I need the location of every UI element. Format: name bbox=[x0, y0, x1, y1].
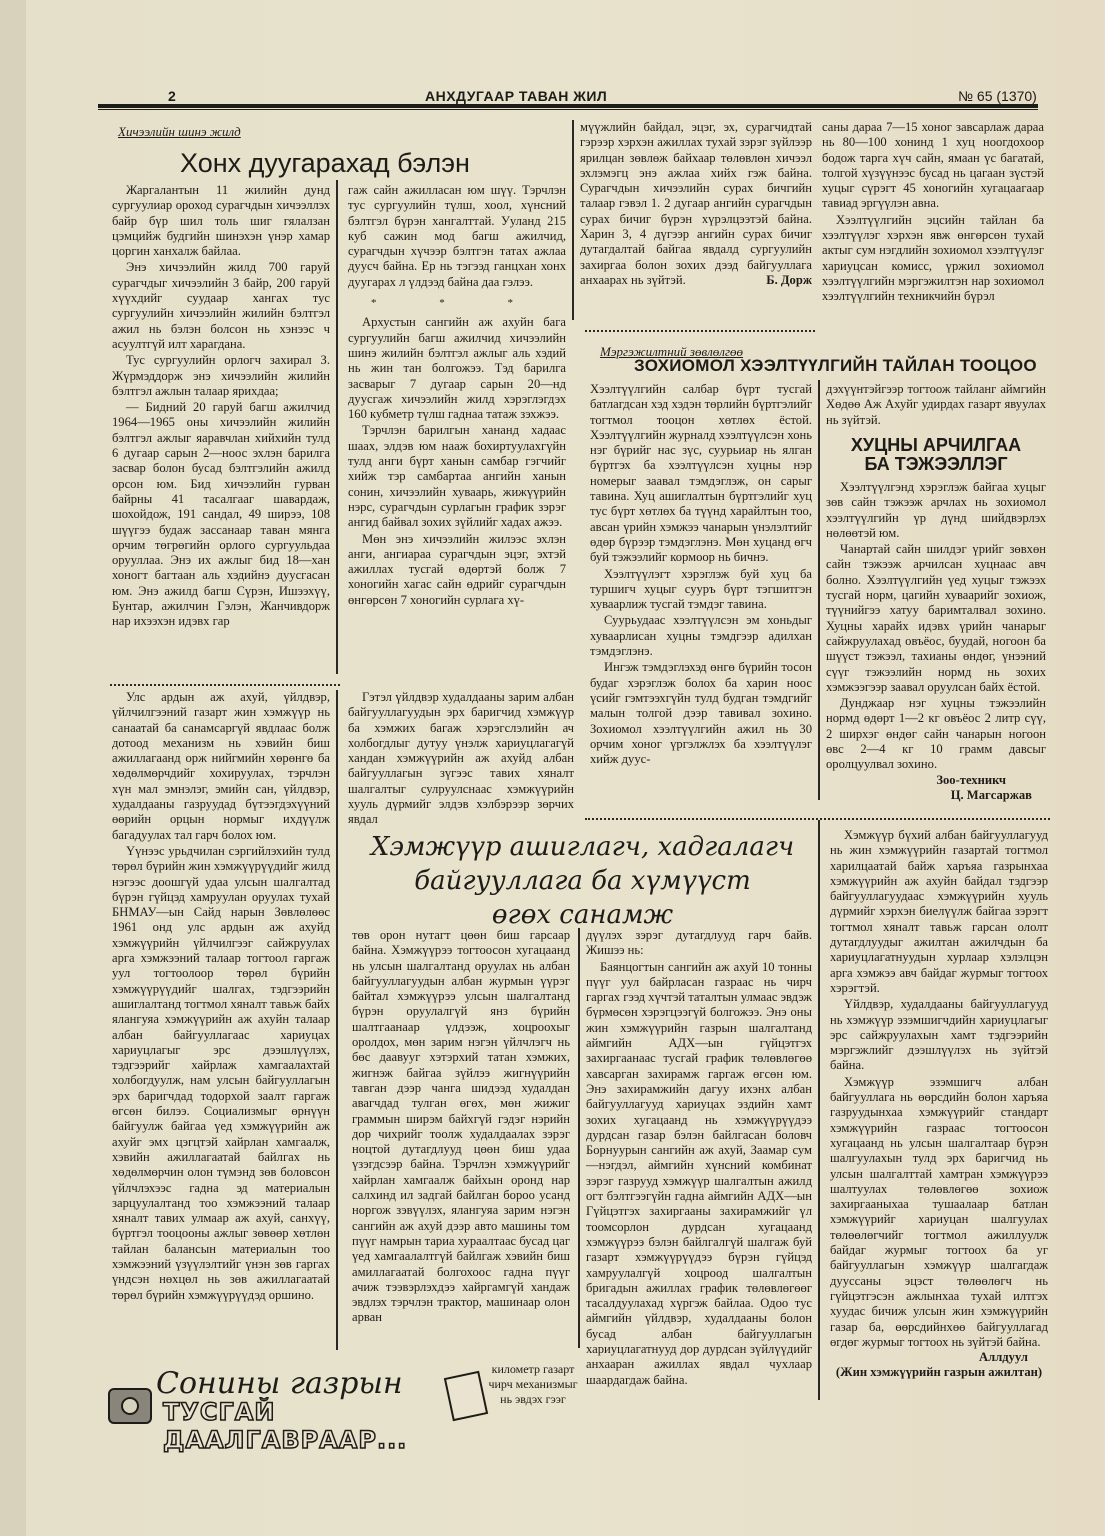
paragraph: дүүлэх зэрэг дутагдлууд гарч байв. Жишээ… bbox=[586, 928, 812, 959]
article2-title: ЗОХИОМОЛ ХЭЭЛТҮҮЛГИЙН ТАЙЛАН ТООЦОО bbox=[634, 356, 1037, 376]
column-rule bbox=[336, 180, 338, 674]
paragraph: Гэтэл үйлдвэр худалдааны зарим албан бай… bbox=[348, 690, 574, 828]
column-rule bbox=[336, 690, 338, 1350]
article4-title-line1: Хэмжүүр ашиглагч, хадгалагч bbox=[345, 830, 820, 864]
paragraph: Хэмжүүр эзэмшигч албан байгууллага нь өө… bbox=[830, 1075, 1048, 1350]
article2-col2: дэхүүнтэйгээр тогтоож тайланг аймгийн Хө… bbox=[826, 382, 1046, 428]
paragraph: Баянцогтын сангийн аж ахуй 10 тонны пүүг… bbox=[586, 960, 812, 1388]
paragraph: Суурьудаас хээлтүүлсэн эм хоньдыг хуваар… bbox=[590, 613, 812, 659]
paragraph: Үүнээс урьдчилан сэргийлэхийн тулд төрөл… bbox=[112, 844, 330, 1303]
paragraph: Архустын сангийн аж ахуйн бага сургуулий… bbox=[348, 315, 566, 422]
scan-edge bbox=[0, 0, 26, 1536]
special-assignment-banner: Сонины газрын ТУСГАЙ ДААЛГАВРААР... bbox=[108, 1370, 498, 1442]
paragraph: гаж сайн ажилласан юм шүү. Тэрчлэн тус с… bbox=[348, 183, 566, 290]
paragraph: Энэ хичээлийн жилд 700 гаруй сурагчдыг х… bbox=[112, 260, 330, 352]
wavy-divider bbox=[585, 810, 1050, 820]
article4-col4: Хэмжүүр бүхий албан байгууллагууд нь жин… bbox=[830, 828, 1048, 1381]
article3-title: ХУЦНЫ АРЧИЛГАА БА ТЭЖЭЭЛЛЭГ bbox=[826, 436, 1046, 474]
article4-signature-name: Аллдуул bbox=[830, 1350, 1048, 1365]
column-rule bbox=[572, 120, 574, 320]
article1-col3: мүүжлийн байдал, эцэг, эх, сурагчидтай г… bbox=[580, 120, 812, 289]
paragraph: Ингэж тэмдэглэхэд өнгө бүрийн тосон буда… bbox=[590, 660, 812, 767]
paragraph: Хэмжүүр бүхий албан байгууллагууд нь жин… bbox=[830, 828, 1048, 996]
paragraph: Тус сургуулийн орлогч захирал З. Жүрмэдд… bbox=[112, 353, 330, 399]
column-rule bbox=[578, 928, 580, 1348]
article3-body: Хээлтүүлгэнд хэрэглэж байгаа хуцыг зөв с… bbox=[826, 480, 1046, 803]
paragraph: — Бидний 20 гаруй багш ажилчид 1964—1965… bbox=[112, 400, 330, 629]
article1-rubric: Хичээлийн шинэ жилд bbox=[118, 124, 241, 140]
camera-icon bbox=[108, 1388, 152, 1424]
article3-signature-role: Зоо-техникч bbox=[826, 773, 1046, 788]
newspaper-title: АНХДУГААР ТАВАН ЖИЛ bbox=[425, 88, 607, 104]
article4-title-line3: өгөх санамж bbox=[345, 898, 820, 932]
article4-col2-tail: километр газарт чирч механизмыг нь эвдэх… bbox=[488, 1362, 578, 1407]
banner-block-text: ТУСГАЙ ДААЛГАВРААР... bbox=[163, 1398, 498, 1454]
article3-title-line2: БА ТЭЖЭЭЛЛЭГ bbox=[826, 455, 1046, 474]
article4-title-line2: байгууллага ба хүмүүст bbox=[345, 864, 820, 898]
paragraph: дэхүүнтэйгээр тогтоож тайланг аймгийн Хө… bbox=[826, 382, 1046, 428]
issue-number: № 65 (1370) bbox=[958, 88, 1037, 104]
wavy-divider bbox=[585, 322, 815, 332]
paragraph: Хээлтүүлгийн эцсийн тайлан ба хээлтүүлэг… bbox=[822, 213, 1044, 305]
paragraph: Мөн энэ хичээлийн жилээс эхлэн анги, анг… bbox=[348, 532, 566, 608]
article4-col1: Улс ардын аж ахуй, үйлдвэр, үйлчилгээний… bbox=[112, 690, 330, 1303]
article4-signature-role: (Жин хэмжүүрийн газрын ажилтан) bbox=[830, 1365, 1048, 1380]
paragraph: Хээлтүүлгийн салбар бүрт тусгай батлагдс… bbox=[590, 382, 812, 566]
article1-col2: гаж сайн ажилласан юм шүү. Тэрчлэн тус с… bbox=[348, 183, 566, 608]
column-rule bbox=[818, 820, 820, 1400]
article4-col2-bottom: төв орон нутагт цөөн биш гарсаар байна. … bbox=[352, 928, 570, 1326]
wavy-divider bbox=[110, 676, 340, 686]
article1-col1: Жаргалантын 11 жилийн дунд сургуулиар ор… bbox=[112, 183, 330, 630]
article1-col4: саны дараа 7—15 хоног завсарлаж дараа нь… bbox=[822, 120, 1044, 305]
paragraph: Тэрчлэн барилгын хананд хадаас шаах, элд… bbox=[348, 423, 566, 530]
notebook-pen-icon bbox=[444, 1371, 488, 1422]
paragraph: мүүжлийн байдал, эцэг, эх, сурагчидтай г… bbox=[580, 120, 812, 288]
article4-col3: дүүлэх зэрэг дутагдлууд гарч байв. Жишээ… bbox=[586, 928, 812, 1388]
paragraph: Хээлтүүлгэнд хэрэглэж байгаа хуцыг зөв с… bbox=[826, 480, 1046, 541]
paragraph: төв орон нутагт цөөн биш гарсаар байна. … bbox=[352, 928, 570, 1326]
article3-signature-name: Ц. Магсаржав bbox=[826, 788, 1046, 803]
column-rule bbox=[818, 380, 820, 800]
page-number: 2 bbox=[168, 88, 176, 104]
banner-script-text: Сонины газрын bbox=[156, 1366, 403, 1401]
article4-title: Хэмжүүр ашиглагч, хадгалагч байгууллага … bbox=[345, 830, 820, 932]
article1-title: Хонх дуугарахад бэлэн bbox=[180, 148, 470, 179]
article4-col2-top: Гэтэл үйлдвэр худалдааны зарим албан бай… bbox=[348, 690, 574, 828]
paragraph: Чанартай сайн шилдэг үрийг зөвхөн сайн т… bbox=[826, 542, 1046, 695]
paragraph: Үйлдвэр, худалдааны байгууллагууд нь хэм… bbox=[830, 997, 1048, 1073]
article2-col1: Хээлтүүлгийн салбар бүрт тусгай батлагдс… bbox=[590, 382, 812, 767]
paragraph: Улс ардын аж ахуй, үйлдвэр, үйлчилгээний… bbox=[112, 690, 330, 843]
section-separator: * * * bbox=[348, 296, 566, 311]
paragraph: саны дараа 7—15 хоног завсарлаж дараа нь… bbox=[822, 120, 1044, 212]
paragraph: Жаргалантын 11 жилийн дунд сургуулиар ор… bbox=[112, 183, 330, 259]
article3-title-line1: ХУЦНЫ АРЧИЛГАА bbox=[826, 436, 1046, 455]
header-rule bbox=[98, 104, 1038, 108]
paragraph: Дунджаар нэг хуцны тэжээлийн нормд өдөрт… bbox=[826, 696, 1046, 772]
header-rule-thin bbox=[98, 109, 1038, 110]
paragraph: Хээлтүүлэгт хэрэглэж буй хуц ба туршигч … bbox=[590, 567, 812, 613]
